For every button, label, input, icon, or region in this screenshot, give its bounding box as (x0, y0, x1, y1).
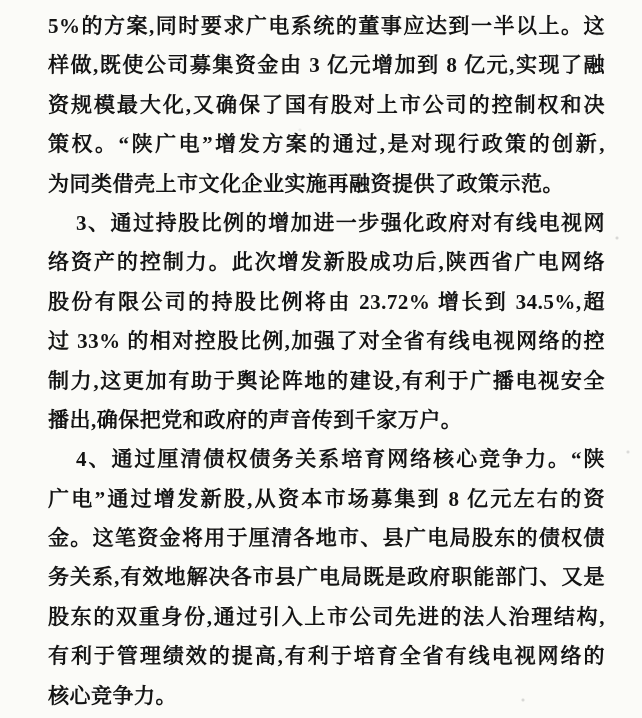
text-line: 为同类借壳上市文化企业实施再融资提供了政策示范。 (48, 165, 605, 204)
text-line: 样做,既使公司募集资金由 3 亿元增加到 8 亿元,实现了融 (48, 46, 605, 85)
text-line: 策权。“陕广电”增发方案的通过,是对现行政策的创新, (48, 125, 605, 164)
document-text-block: 5%的方案,同时要求广电系统的董事应达到一半以上。这样做,既使公司募集资金由 3… (48, 7, 605, 716)
scanned-document-page: 5%的方案,同时要求广电系统的董事应达到一半以上。这样做,既使公司募集资金由 3… (0, 0, 642, 718)
text-line: 4、通过厘清债权债务关系培育网络核心竞争力。“陕 (48, 440, 605, 479)
text-line: 有利于管理绩效的提高,有利于培育全省有线电视网络的 (48, 637, 605, 676)
text-line: 资规模最大化,又确保了国有股对上市公司的控制权和决 (48, 86, 605, 125)
text-line: 核心竞争力。 (48, 677, 605, 716)
text-line: 股份有限公司的持股比例将由 23.72% 增长到 34.5%,超 (48, 283, 605, 322)
text-line: 络资产的控制力。此次增发新股成功后,陕西省广电网络 (48, 243, 605, 282)
text-line: 制力,这更加有助于舆论阵地的建设,有利于广播电视安全 (48, 362, 605, 401)
text-line: 金。这笔资金将用于厘清各地市、县广电局股东的债权债 (48, 519, 605, 558)
text-line: 务关系,有效地解决各市县广电局既是政府职能部门、又是 (48, 558, 605, 597)
text-line: 过 33% 的相对控股比例,加强了对全省有线电视网络的控 (48, 322, 605, 361)
text-line: 广电”通过增发新股,从资本市场募集到 8 亿元左右的资 (48, 480, 605, 519)
text-line: 5%的方案,同时要求广电系统的董事应达到一半以上。这 (48, 7, 605, 46)
text-line: 播出,确保把党和政府的声音传到千家万户。 (48, 401, 605, 440)
text-line: 股东的双重身份,通过引入上市公司先进的法人治理结构, (48, 598, 605, 637)
text-line: 3、通过持股比例的增加进一步强化政府对有线电视网 (48, 204, 605, 243)
